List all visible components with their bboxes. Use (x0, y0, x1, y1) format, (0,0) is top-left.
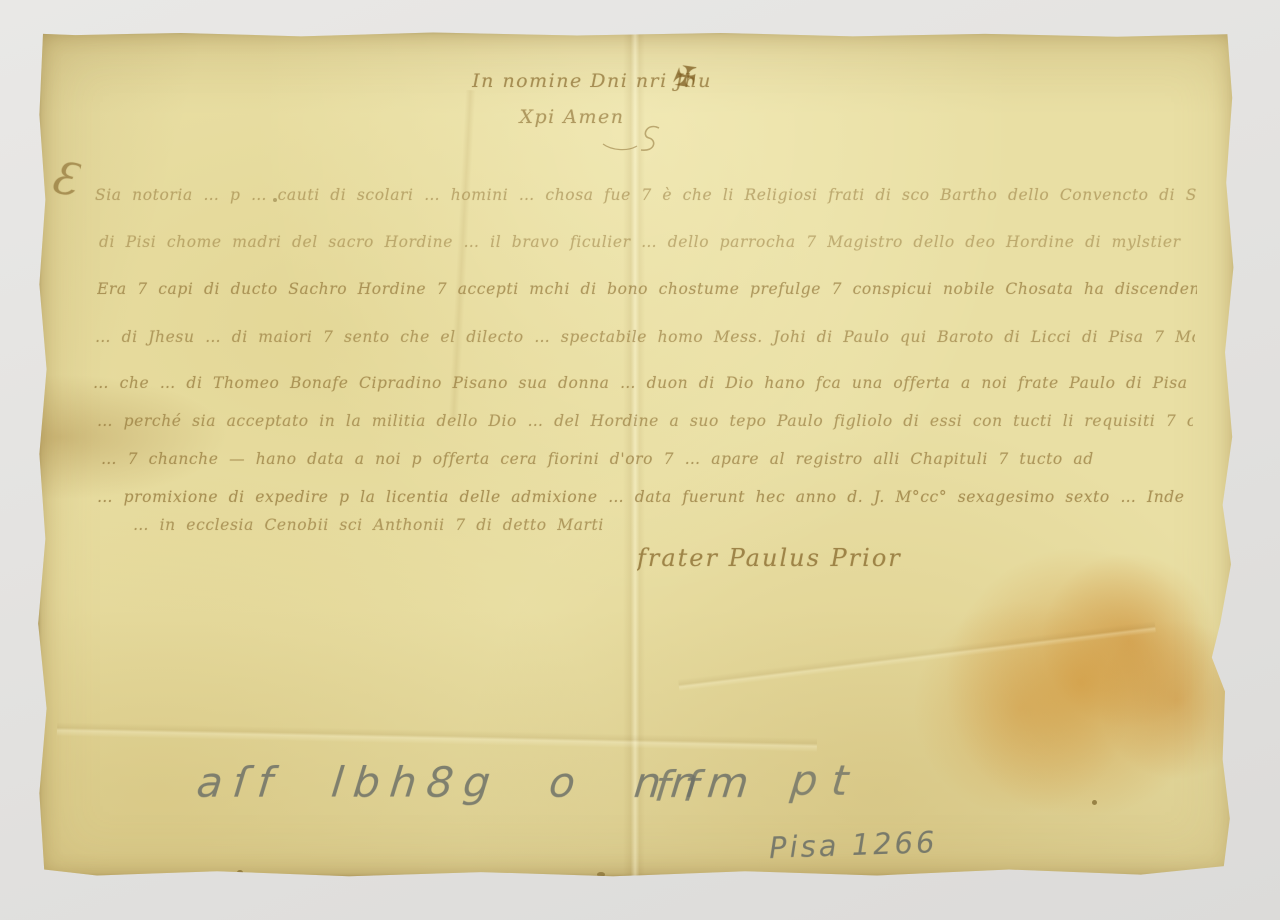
body-line: … perché sia acceptato in la militia del… (97, 412, 1193, 430)
fold-crease-horizontal (57, 722, 817, 752)
archive-label: Pisa 1266 (768, 825, 938, 865)
invocation-line-2: Xpi Amen (417, 106, 727, 128)
edge-speck (597, 872, 605, 877)
body-line: Sia notoria … p … cauti di scolari … hom… (95, 186, 1197, 204)
invocation-line-1: In nomine Dni nri Jhu (427, 70, 757, 92)
pen-trial-pt: pt (788, 756, 864, 805)
notarial-cross-icon: ✠ (670, 59, 698, 95)
wrinkle-diagonal (678, 621, 1156, 691)
body-line: … di Jhesu … di maiori 7 sento che el di… (95, 328, 1195, 346)
body-line: Era 7 capi di ducto Sachro Hordine 7 acc… (97, 280, 1197, 298)
edge-speck (237, 870, 243, 875)
ink-speck (1092, 800, 1097, 805)
body-line: di Pisi chome madri del sacro Hordine … … (99, 233, 1191, 251)
photo-background: In nomine Dni nri Jhu ✠ Xpi Amen Ɛ Sia n… (0, 0, 1280, 920)
body-line: … promixione di expedire p la licentia d… (97, 488, 1197, 506)
wrinkle-top (448, 90, 475, 420)
parchment-sheet: In nomine Dni nri Jhu ✠ Xpi Amen Ɛ Sia n… (37, 30, 1237, 878)
prior-signature: frater Paulus Prior (637, 544, 902, 572)
body-line: … in ecclesia Cenobii sci Anthonii 7 di … (133, 516, 773, 534)
pen-trial-ff: ff (652, 762, 715, 811)
amen-flourish (597, 122, 667, 156)
initial-paraph: Ɛ (46, 152, 83, 208)
body-line: … 7 chanche — hano data a noi p offerta … (101, 450, 1193, 468)
body-line: … che … di Thomeo Bonafe Cipradino Pisan… (93, 374, 1189, 392)
